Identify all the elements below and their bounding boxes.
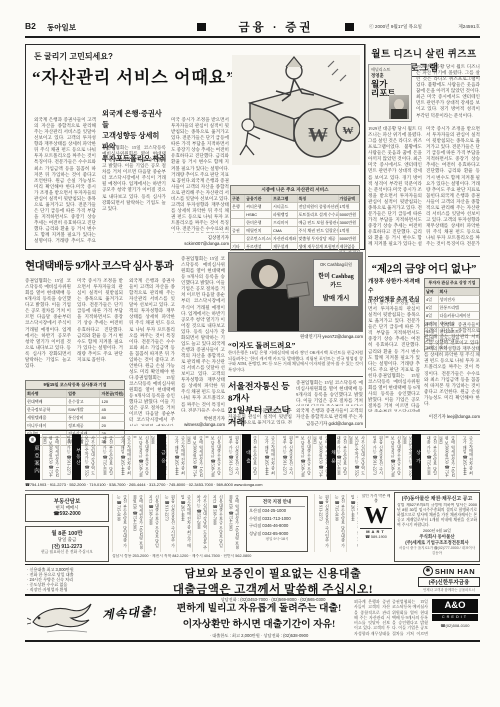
small-ad-2: 월 8푼 100만 당일 출금 (전) 911-2273 현금 필요하신 분 전… [25,526,109,562]
shinhan-line1: 담보와 보증인이 필요없는 신용대출 [132,565,414,581]
masthead: B2 동아일보 금융 · 증권 ⓒ 2000년 9월17일 목요일 제24591… [25,19,480,34]
wmart-logo: W [360,504,392,528]
col-header: 회사명 [26,390,67,397]
table-header-row: 구분 금융기관 프로그램 특징 가입금액 [230,195,360,203]
cell: 메릴린치 [245,227,272,234]
shinhan-star-icon: ✱ [423,566,433,576]
classified-column: 원룸 신축풀옵션 즉시입주 가능 ☎911-2273 [160,494,176,552]
classified-phone-strip: ☎754-1903 · 911-2273 · 552-2000 · 719-01… [25,482,480,489]
cell: 제한없음 [339,243,359,250]
classified-column: 중고차매매 전차종 최고가 매입 ☎265-4444 [176,494,192,552]
cell: 은행 [231,203,245,210]
branch-numbers-box: 전국 지점 안내 오산점 034-25-1000수원점 0331-713-100… [246,496,308,552]
ao-line2: 이자상환만 하시면 대출기간이 자유! [168,616,350,630]
classified-column: 급매 역세권상가 1층32평 보5000월150 ☎754-1903 [128,494,144,552]
columnist-suit [391,109,407,119]
cell: 통신장비 [67,414,100,421]
cell: 5000만원 [339,211,359,218]
col-header: 구분 [231,195,245,202]
kumyang-byline: 이진기자 leej@donga.com [424,414,480,420]
table-row: 4일 성미전자 [424,296,480,304]
newspaper-page: B2 동아일보 금융 · 증권 ⓒ 2000년 9월17일 목요일 제24591… [0,0,500,707]
numbers-title: 전국 지점 안내 [249,499,305,507]
ao-terms-col1: 외국계 은행과 증권사들이 고객의 자산을 종합적으로 관리해 주는 자산관리 … [354,599,390,636]
svg-text:₩: ₩ [308,124,328,146]
cell: 재무설계 [272,243,298,250]
cell: 프리미어 [272,219,298,226]
cell: 1억원 [339,203,359,210]
donga-classified-label: 東 東亞案內 [25,434,40,480]
branch-phone-row: 구리점 0346-46-8000 [249,522,305,530]
photo-sign: OK Cashbag회원 한미 Cashbag카드 발매 개시 [313,259,359,307]
notice-title: (주)동아물산 채권·채무신고 공고 [397,495,477,502]
cell: 운수창고 [67,398,100,405]
edition-date: ⓒ 2000년 9월17일 목요일 [369,24,422,30]
paper-name: 동아일보 [47,22,76,33]
column-divider [365,44,366,428]
table-row: 현대택배 운수창고 120 [25,398,125,406]
table-row: 한미은행 프리미어 예금 펀드 보험 통합관리 3000만원 [230,219,360,227]
classified-column: 급전 부동산담보 당일대출 가능 ☎735-0100 [112,494,128,552]
table-title: 9월15일 코스닥등록 심사통과 기업 [25,380,125,390]
cell: 예금 펀드 보험 통합관리 [298,219,339,226]
lead-kicker: 돈 굴리기 고민되세요? [34,51,113,62]
sign-line: 발매 개시 [316,293,356,302]
wallst-body-col2: 미국 증시가 조정을 받으면서 투자자들의 관심이 실적이 뒷받침되는 종목으로… [426,126,480,198]
table-row: 한국정보공학 S/W개발 45 [25,406,125,414]
numbers-rows: 오산점 034-25-1000수원점 0331-713-1000구리점 0346… [249,507,305,537]
col-header: 자본금(억원) [100,390,124,397]
kumyang-body-col1b: 증권업협회는 15일 코스닥등록 예비심사위원회를 열어 현대택배 등 9개사의… [368,373,420,412]
lead-body-col3: 미국 증시가 조정을 받으면서 투자자들의 관심이 실적이 뒷받침되는 종목으로… [171,117,229,183]
shinhan-headline: 담보와 보증인이 필요없는 신용대출 대출금액은 고객께서 말씀해 주십시오! … [132,565,414,603]
classified-column: 중고차매매 전차종 최고가 매입 ☎265-4444 [346,494,358,552]
shinhan-logo: ✱ SHIN HAN (주)신한투자금융 언제나 고객과 함께하는 금융파트너 [418,566,480,592]
kosdaq-body-col2: 미국 증시가 조정을 받으면서 투자자들의 관심이 실적이 뒷받침되는 종목으로… [77,278,123,362]
lead-deck-line: 외국계 은행·증권사들 [102,109,168,131]
caption-body: 한미은행은 16일 은행 거래실적에 따라 쌓인 OK캐시백 포인트를 현금처럼… [228,350,363,372]
table-row: 증권 메릴린치 CMA 주식 채권 펀드 일괄운용 1억원 [230,227,360,235]
issue-number: 제24591호 [458,24,480,30]
kumyang-body-col1: 미국 증시가 조정을 받으면서 투자자들의 관심이 실적이 뒷받침되는 종목으로… [368,300,420,378]
kosdaq-body-col3: 외국계 은행과 증권사들이 고객의 자산을 종합적으로 관리해 주는 자산관리 … [129,278,175,380]
col-header: 가입금액 [339,195,359,202]
cell: 8일 [425,312,439,319]
ao-small-print: · 대출한도 : 최고 2,000만원 · 상담전화 : (02)538-090… [168,633,350,639]
cell: 포트폴리오 설계 수수료 무료 [298,211,339,218]
cell: 현대택배 [26,398,67,405]
ad-phone: ☎592-2000 [28,511,106,517]
cell: 45 [100,406,124,413]
wmart-ad: 할인 가격 박촌 배출 W MART ☎ 589-1900 [360,494,392,562]
page-number: B2 [25,21,36,31]
ao-line1: 편하게 빌리고 자유롭게 돌려주는 대출! [168,600,350,614]
cell: 증권 [231,227,245,234]
table-row: 세원텔레콤 통신장비 80 [25,414,125,422]
classified-section-chip: 부동산 [72,434,81,480]
lead-byline: 김상철기자 sckim007@donga.com [171,235,229,246]
cell [231,211,245,218]
caption-divider [228,376,363,377]
lead-body-col1: 외국계 은행과 증권사들이 고객의 자산을 종합적으로 관리해 주는 자산관리 … [34,117,96,189]
kumyang-headline: “제2의 금양 어디 없나” [368,256,480,276]
cell: 기타 [231,243,245,250]
classified-columns-band2a: 급전 부동산담보 당일대출 가능 ☎735-0100급매 역세권상가 1층32평… [112,494,242,552]
cell: 맞춤형 투자상담 제공 [298,235,339,242]
cell: 20 [100,422,124,429]
header-divider [25,36,480,38]
table-row: HSBC 파워뱅킹 포트폴리오 설계 수수료 무료 5000만원 [230,211,360,219]
bullet-line: · 직장인·자영업자 환영 [27,587,129,592]
classified-column: 신용대출 무보증 무담보 당일지급 ☎538-7000 [144,494,160,552]
wallst-body-col1b: 미국 증시가 조정을 받으면서 투자자들의 관심이 실적이 뒷받침되는 종목으로… [368,187,422,246]
ad-line: 월 8푼 100만 [28,529,106,537]
cell: 자산관리계좌 [272,235,298,242]
bird-cartoon-illustration [27,600,97,634]
cell: 전담직원이 종합자산관리 [298,203,339,210]
ao-brand: A&O [432,599,478,613]
cell: 세원텔레콤 [26,414,67,421]
cell: S/W개발 [67,406,100,413]
table-header-row: 날짜 회사 [424,288,480,296]
classified-section-chip: 대 출 [242,434,251,480]
notice-body: 상법 제527조의5의 규정에 의하여 당사는 2000년 8월 30일 임시주… [397,503,477,529]
svg-text:₩: ₩ [343,125,354,137]
col-header: 회사 [439,288,480,295]
table-row: 8일 다음커뮤니케이션 [424,312,480,320]
ao-logo: A&O CREDIT ☎(02)508-0100 [432,599,478,628]
kosdaq-headline: 현대택배등 9개사 코스닥 심사 통과 [25,258,177,273]
telecom-headline-line1: 서울전자통신 등 8개사 [228,381,292,405]
table-title: 투자자 관심 주요 상장 기업 [424,278,480,288]
wallst-body-col1: 1929년 대공황 당시 월트 디즈니는 파산 위기에 몰렸다. 그를 살린 것… [368,126,422,192]
cell: 씨티은행 [245,203,272,210]
col-header: 업종 [67,390,100,397]
divider [25,594,480,596]
table-row: 은행 씨티은행 시티골드 전담직원이 종합자산관리 1억원 [230,203,360,211]
ad-line: 부동산담보 [28,497,106,505]
telecom-body-intro: 증권업협회는 15일 코스닥등록 예비심사위원회를 열어 현대택배 등 9개사의… [296,380,363,406]
classified-label-text: 東亞案內 [25,445,40,475]
classified-column: 사무실임대 강남역 도보5분 주차가능 ☎552-2000 [192,494,208,552]
col-header: 프로그램 [272,195,298,202]
col-header: 날짜 [425,288,439,295]
table-title: 시중에 나온 주요 자산관리 서비스 [230,185,360,195]
lead-body-col3b: 외국계 은행과 증권사들이 고객의 자산을 종합적으로 관리해 주는 자산관리 … [171,178,229,233]
notice-footer: 서울시 중구 을지로1가 ☎(02)777-0000 / 대표이사 김동아 [397,546,477,556]
branch-phone-row: 오산점 034-25-1000 [249,507,305,515]
classified-column: 급매 역세권상가 1층32평 보5000월150 ☎754-1903 [224,494,240,552]
sign-line: 한미 Cashbag카드 [316,271,356,289]
lead-body-col2: 증권업협회는 15일 코스닥등록 예비심사위원회를 열어 현대택배 등 9개사의… [102,145,166,211]
ao-headline: 편하게 빌리고 자유롭게 돌려주는 대출! 이자상환만 하시면 대출기간이 자유… [168,600,350,639]
cell: 시티골드 [272,203,298,210]
cell: 파워뱅킹 [272,211,298,218]
cell: HSBC [245,211,272,218]
cell: 푸르덴셜 [245,243,272,250]
cell: 한미은행 [245,219,272,226]
classified-section-chip: 채 용 [327,434,336,480]
classified-section-chips: 부동산금 융대 출채 용상 가 [42,434,480,480]
wallst-body-intro: 1929년 대공황 당시 월트 디즈니는 파산 위기에 몰렸다. 그를 살린 것… [416,64,480,118]
table-body: 은행 씨티은행 시티골드 전담직원이 종합자산관리 1억원 HSBC 파워뱅킹 … [230,203,360,251]
classified-column: 신용대출 무보증 무담보 당일지급 ☎538-7000 [208,494,224,552]
cell: 주식 채권 펀드 일괄운용 [298,227,339,234]
table-row: 살로먼스미스바니 자산관리계좌 맞춤형 투자상담 제공 5000만원 [230,235,360,243]
col-header: 특징 [298,195,339,202]
kosdaq-body-col4: 증권업협회는 15일 코스닥등록 예비심사위원회를 열어 현대택배 등 9개사의… [181,256,225,346]
ao-phone: ☎(02)508-0100 [432,623,478,628]
classified-section-chip: 상 가 [412,434,421,480]
table-row: 6일 한통프리텔 [424,304,480,312]
classified-column: 원룸 신축풀옵션 즉시입주 가능 ☎911-2273 [314,494,330,552]
telecom-body-col1: 미국 증시가 조정을 받으면서 투자자들의 관심이 실적이 뒷받침되는 종목으로… [228,408,292,424]
ad-line: 현금 필요하신 분 전화 주십시오 [28,550,106,555]
classified-section-chip: 금 융 [157,434,166,480]
table-header-row: 회사명 업종 자본금(억원) [25,390,125,398]
cell: CMA [272,227,298,234]
wmart-phone: ☎ 589-1900 [360,534,392,539]
classified-columns-band2b: 원룸 신축풀옵션 즉시입주 가능 ☎911-2273급전 부동산담보 당일대출 … [314,494,358,552]
telecom-byline: 금동근기자 gold@donga.com [296,421,363,427]
numbers-footer: 평일 9시~18시 [249,537,305,542]
page-bottom-rule [25,640,480,642]
table-row: 머니투데이 정보제공 20 [25,422,125,430]
ao-script-text: 계속대출! [101,602,158,623]
cell: 1억원 [339,227,359,234]
cell: 정보제공 [67,422,100,429]
sign-line: OK Cashbag회원 [316,262,356,268]
asset-service-table: 시중에 나온 주요 자산관리 서비스 구분 금융기관 프로그램 특징 가입금액 … [230,185,360,256]
kosdaq-body-col3b: 증권업협회는 15일 코스닥등록 예비심사위원회를 열어 현대택배 등 9개사의… [129,375,175,426]
shinhan-brand: SHIN HAN [435,567,475,576]
table-row: 기타 푸르덴셜 재무설계 생애 재무설계 보험연계 제한없음 [230,243,360,251]
telecom-body-col2: 외국계 은행과 증권사들이 고객의 자산을 종합적으로 관리해 주는 자산관리 … [296,408,363,420]
cell: 80 [100,414,124,421]
lead-body-col1b: 미국 증시가 조정을 받으면서 투자자들의 관심이 실적이 뒷받침되는 종목으로… [34,184,96,243]
cell [231,235,245,242]
section-bar-right-icon [345,23,354,31]
kosdaq-body-col4b: 외국계 은행과 증권사들이 고객의 자산을 종합적으로 관리해 주는 자산관리 … [181,341,225,412]
cell: 다음커뮤니케이션 [439,312,480,319]
ad-phone: (전) 911-2273 [28,543,106,550]
columnist-box: 애널리스트 정영훈 월가 리포트 [368,64,412,122]
cell: 120 [100,398,124,405]
classified-phone-strip-2: 성남시 정릉 253-2000 · 제천시 직북 842-1200 · 제주시 … [112,554,360,561]
ao-terms-col2: 증권업협회는 15일 코스닥등록 예비심사위원회를 열어 현대택배 등 9개사의… [392,599,428,636]
cashbag-photo: OK Cashbag회원 한미 Cashbag카드 발매 개시 [228,252,363,332]
cell: 성미전자 [439,296,480,303]
branch-phone-row: 수원점 0331-713-1000 [249,515,305,523]
kosdaq-byline: 박현진기자 witness@donga.com [181,416,225,427]
classified-column: 급전 부동산담보 당일대출 가능 ☎735-0100 [330,494,346,552]
section-bar-left-icon [197,23,206,31]
cell: 한국정보공학 [26,406,67,413]
cell: 5000만원 [339,235,359,242]
photo-face [259,265,278,287]
money-cart-cartoon-illustration: ₩ ₩ [232,55,360,165]
lead-headline: “자산관리 서비스 어때요” [32,63,236,88]
legal-notice-ad: (주)동아물산 채권·채무신고 공고 상법 제527조의5의 규정에 의하여 당… [394,492,480,562]
lead-article: 돈 굴리기 고민되세요? “자산관리 서비스 어때요” 외국계 은행·증권사들 … [25,44,365,250]
ao-brand-sub: CREDIT [432,614,478,621]
cell: 생애 재무설계 보험연계 [298,243,339,250]
cell: 살로먼스미스바니 [245,235,272,242]
col-header: 금융기관 [245,195,272,202]
divider [25,430,480,431]
shinhan-brand-sub: (주)신한투자금융 [418,577,480,587]
wallst-body-col2b: 외국계 은행과 증권사들이 고객의 자산을 종합적으로 관리해 주는 자산관리 … [426,193,480,246]
divider [25,490,480,491]
cell [231,219,245,226]
kosdaq-body-col1: 증권업협회는 15일 코스닥등록 예비심사위원회를 열어 현대택배 등 9개사의… [25,278,71,368]
shinhan-brand-tiny: 언제나 고객과 함께하는 금융파트너 [418,587,480,592]
kumyang-deck-line: 개장후 상한가·저격매수 [368,278,420,296]
cell: 머니투데이 [26,422,67,429]
donga-logo-icon: 東 [29,436,36,443]
small-ad-1: 부동산담보 현지 매매시 ☎592-2000 [25,494,109,522]
columnist-photo [389,95,409,119]
cell: 4일 [425,296,439,303]
photo-card [286,282,310,299]
cell: 6일 [425,304,439,311]
kumyang-body-col2: 외국계 은행과 증권사들이 고객의 자산을 종합적으로 관리해 주는 자산관리 … [424,322,480,406]
cell: 한통프리텔 [439,304,480,311]
shinhan-bullets: · 신용대출 최고 3,000만원· 전화 한 통으로 당일 대출· 24시간 … [27,567,129,593]
section-title: 금융 · 증권 [211,19,341,35]
cell: 3000만원 [339,219,359,226]
